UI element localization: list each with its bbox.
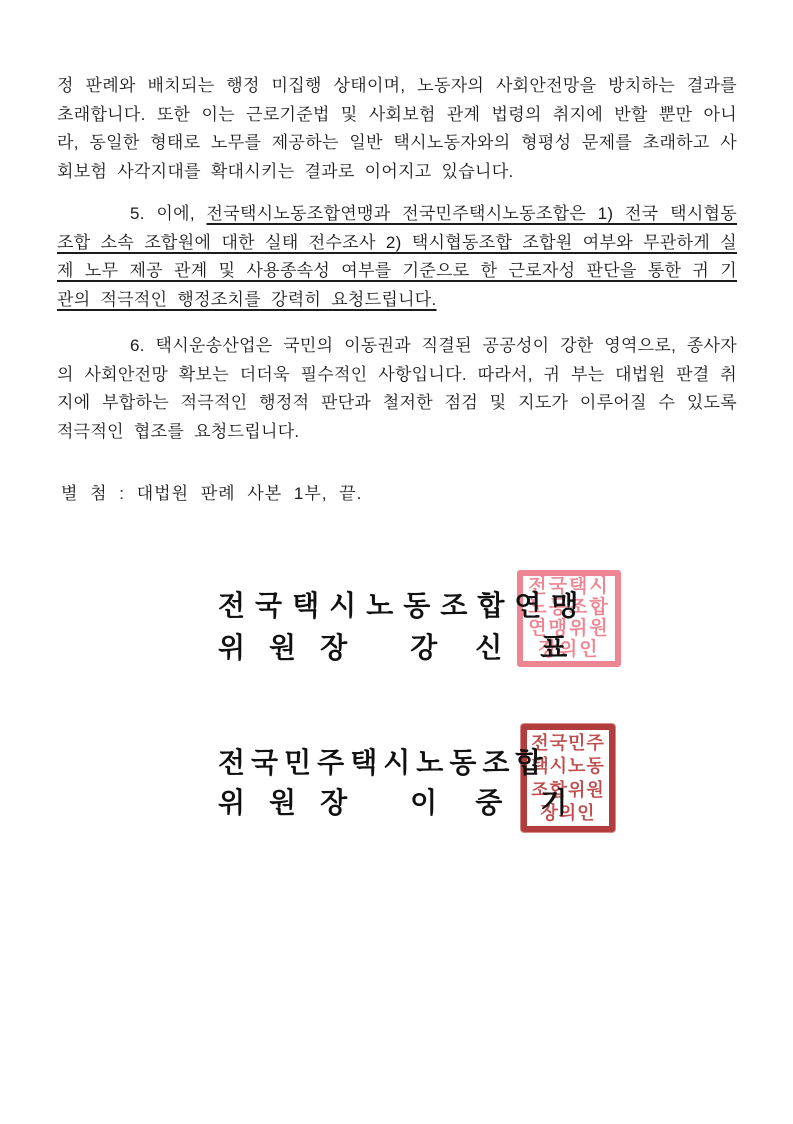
- document-body: 정 판례와 배치되는 행정 미집행 상태이며, 노동자의 사회안전망을 방치하는…: [57, 0, 737, 506]
- paragraph-item5: 5. 이에, 전국택시노동조합연맹과 전국민주택시노동조합은 1) 전국 택시협…: [57, 200, 737, 314]
- signature-block-democratic-union: 전국민주택시노동조합 위원장 이중기: [218, 744, 605, 824]
- document-page: 정 판례와 배치되는 행정 미집행 상태이며, 노동자의 사회안전망을 방치하는…: [0, 0, 793, 1124]
- chairman-title: 위원장: [218, 784, 371, 824]
- chairman-name: 강신표: [410, 628, 605, 670]
- chairman-name: 이중기: [410, 784, 605, 824]
- paragraph-item6: 6. 택시운송산업은 국민의 이동권과 직결된 공공성이 강한 영역으로, 종사…: [57, 332, 737, 446]
- org-name-democratic-union: 전국민주택시노동조합: [218, 744, 605, 784]
- chairman-line: 위원장 이중기: [218, 784, 605, 824]
- item5-prefix: 5. 이에,: [130, 204, 207, 223]
- chairman-line: 위원장 강신표: [218, 628, 605, 670]
- chairman-title: 위원장: [218, 628, 371, 670]
- attachment-note: 별 첨 : 대법원 판례 사본 1부, 끝.: [61, 482, 737, 506]
- org-name-federation: 전국택시노동조합연맹: [218, 586, 605, 628]
- signature-block-federation: 전국택시노동조합연맹 위원장 강신표: [218, 586, 605, 670]
- paragraph-continuation: 정 판례와 배치되는 행정 미집행 상태이며, 노동자의 사회안전망을 방치하는…: [57, 72, 737, 186]
